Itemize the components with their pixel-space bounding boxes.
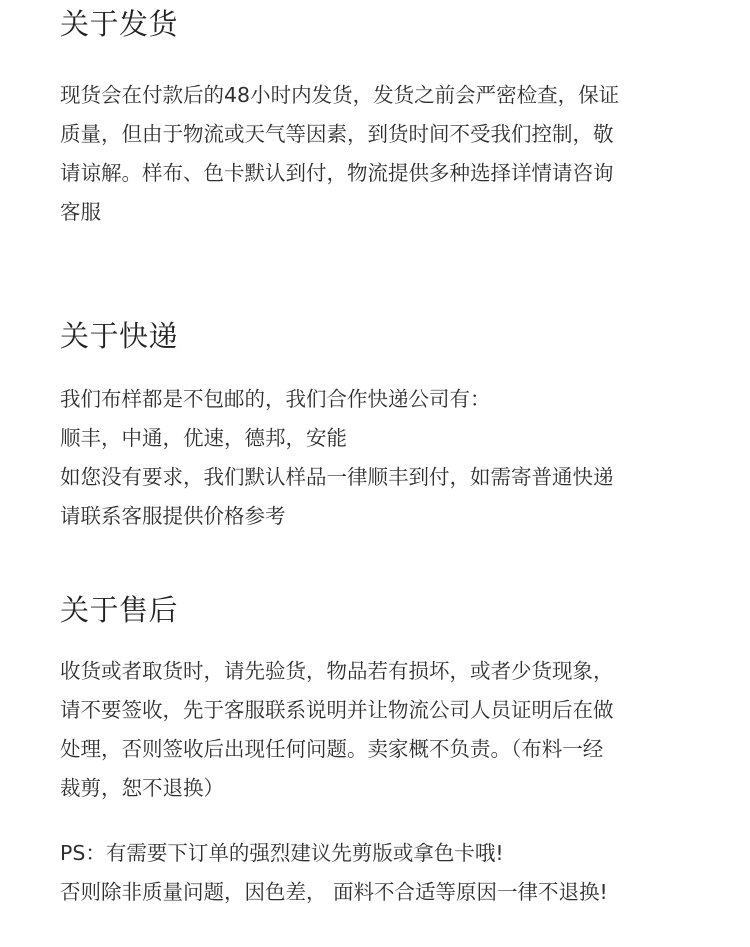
text-line: 质量，但由于物流或天气等因素，到货时间不受我们控制，敬 (60, 115, 720, 154)
ps-note-line: PS：有需要下订单的强烈建议先剪版或拿色卡哦! (60, 834, 720, 873)
section-express: 关于快递 我们布样都是不包邮的，我们合作快递公司有： 顺丰，中通，优速，德邦，安… (60, 318, 720, 354)
text-line: 收货或者取货时，请先验货，物品若有损坏，或者少货现象， (60, 652, 720, 691)
text-line: 裁剪，恕不退换） (60, 769, 720, 808)
section-title-shipping: 关于发货 (60, 6, 720, 42)
text-line: 处理，否则签收后出现任何问题。卖家概不负责。（布料一经 (60, 730, 720, 769)
section-title-express: 关于快递 (60, 318, 720, 354)
section-body-express: 我们布样都是不包邮的，我们合作快递公司有： 顺丰，中通，优速，德邦，安能 如您没… (60, 380, 720, 536)
text-line: 请谅解。样布、色卡默认到付，物流提供多种选择详情请咨询 (60, 154, 720, 193)
text-line: 我们布样都是不包邮的，我们合作快递公司有： (60, 380, 720, 419)
text-line: 顺丰，中通，优速，德邦，安能 (60, 419, 720, 458)
section-shipping: 关于发货 现货会在付款后的48小时内发货，发货之前会严密检查，保证 质量，但由于… (60, 6, 720, 42)
section-ps-note: PS：有需要下订单的强烈建议先剪版或拿色卡哦! 否则除非质量问题，因色差， 面料… (60, 834, 720, 912)
text-line: 请不要签收，先于客服联系说明并让物流公司人员证明后在做 (60, 691, 720, 730)
ps-note-line: 否则除非质量问题，因色差， 面料不合适等原因一律不退换! (60, 873, 720, 912)
section-body-aftersale: 收货或者取货时，请先验货，物品若有损坏，或者少货现象， 请不要签收，先于客服联系… (60, 652, 720, 808)
text-line: 请联系客服提供价格参考 (60, 497, 720, 536)
section-title-aftersale: 关于售后 (60, 592, 720, 628)
text-line: 如您没有要求，我们默认样品一律顺丰到付，如需寄普通快递 (60, 458, 720, 497)
text-line: 客服 (60, 193, 720, 232)
section-aftersale: 关于售后 收货或者取货时，请先验货，物品若有损坏，或者少货现象， 请不要签收，先… (60, 592, 720, 628)
text-line: 现货会在付款后的48小时内发货，发货之前会严密检查，保证 (60, 76, 720, 115)
section-body-shipping: 现货会在付款后的48小时内发货，发货之前会严密检查，保证 质量，但由于物流或天气… (60, 76, 720, 232)
